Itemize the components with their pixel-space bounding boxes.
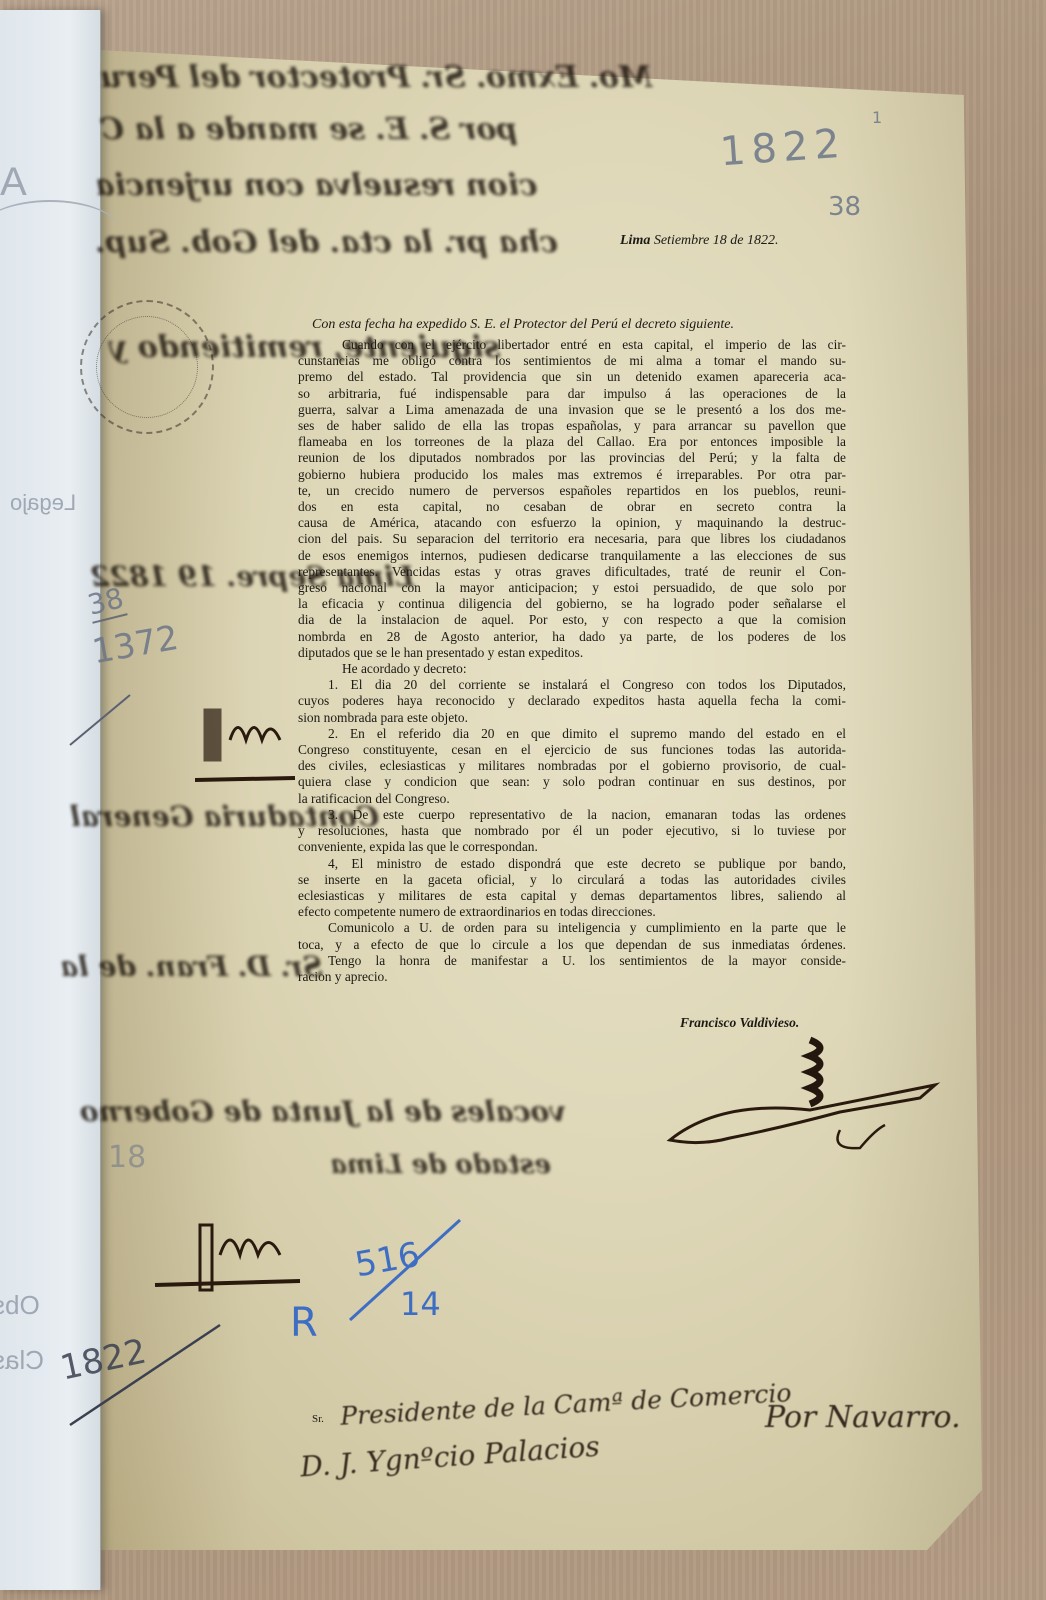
adjacent-folder-sheet: A Legajo Obs Clas [0, 10, 101, 1590]
ghost-letter: A [0, 160, 27, 205]
ghost-clas: Clas [0, 1345, 44, 1376]
ink-stamp-seal [80, 300, 214, 434]
ghost-arc [0, 200, 120, 262]
manuscript-page [70, 50, 982, 1550]
ghost-legajo: Legajo [10, 490, 76, 516]
paper-shading [70, 50, 982, 1550]
ghost-obs: Obs [0, 1290, 40, 1321]
